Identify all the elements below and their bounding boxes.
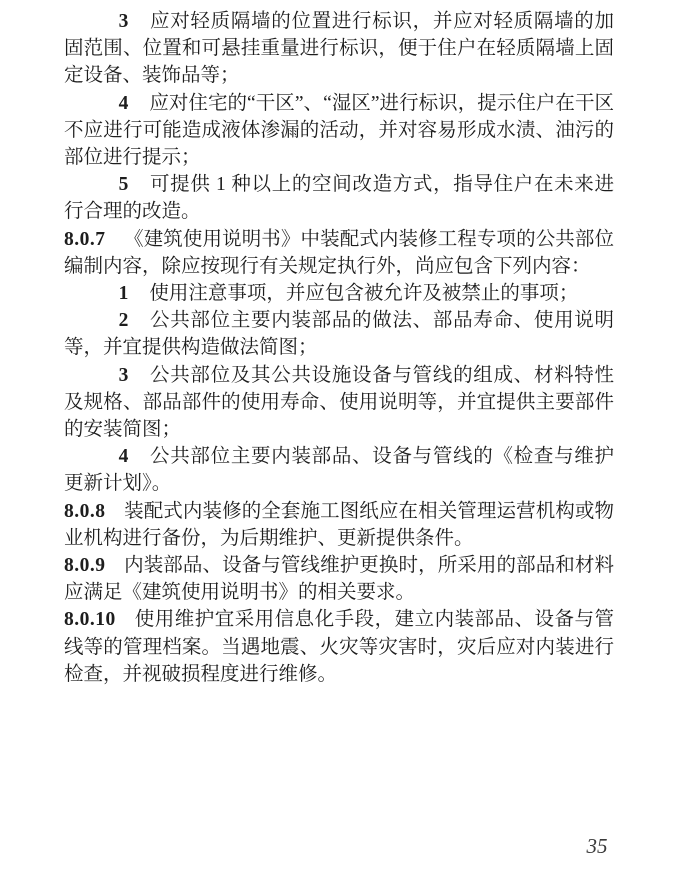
clause-text: 《建筑使用说明书》中装配式内装修工程专项的公共部位编制内容，除应按现行有关规定执… xyxy=(64,229,614,277)
clause-text: 装配式内装修的全套施工图纸应在相关管理运营机构或物业机构进行备份，为后期维护、更… xyxy=(64,501,614,549)
clause-number: 3 xyxy=(119,365,150,386)
clause-number: 5 xyxy=(119,174,150,195)
document-page: 3应对轻质隔墙的位置进行标识，并应对轻质隔墙的加固范围、位置和可悬挂重量进行标识… xyxy=(0,0,700,874)
clause-number: 3 xyxy=(119,11,150,32)
clause-text: 使用维护宜采用信息化手段，建立内装部品、设备与管线等的管理档案。当遇地震、火灾等… xyxy=(64,609,614,684)
list-item-paragraph: 5可提供 1 种以上的空间改造方式，指导住户在未来进行合理的改造。 xyxy=(64,171,614,225)
clause-number: 8.0.10 xyxy=(64,609,134,630)
list-item-paragraph: 2公共部位主要内装部品的做法、部品寿命、使用说明等，并宜提供构造做法简图； xyxy=(64,307,614,361)
text-block: 3应对轻质隔墙的位置进行标识，并应对轻质隔墙的加固范围、位置和可悬挂重量进行标识… xyxy=(64,8,614,688)
section-paragraph: 8.0.8装配式内装修的全套施工图纸应在相关管理运营机构或物业机构进行备份，为后… xyxy=(64,498,614,552)
clause-number: 8.0.8 xyxy=(64,501,124,522)
clause-text: 使用注意事项，并应包含被允许及被禁止的事项； xyxy=(149,283,578,304)
list-item-paragraph: 3应对轻质隔墙的位置进行标识，并应对轻质隔墙的加固范围、位置和可悬挂重量进行标识… xyxy=(64,8,614,90)
clause-number: 1 xyxy=(119,283,150,304)
clause-number: 4 xyxy=(119,446,150,467)
clause-number: 8.0.9 xyxy=(64,555,124,576)
list-item-paragraph: 3公共部位及其公共设施设备与管线的组成、材料特性及规格、部品部件的使用寿命、使用… xyxy=(64,362,614,444)
clause-number: 4 xyxy=(119,93,150,114)
section-paragraph: 8.0.9内装部品、设备与管线维护更换时，所采用的部品和材料应满足《建筑使用说明… xyxy=(64,552,614,606)
section-paragraph: 8.0.10使用维护宜采用信息化手段，建立内装部品、设备与管线等的管理档案。当遇… xyxy=(64,606,614,688)
page-number: 35 xyxy=(574,834,620,859)
clause-number: 8.0.7 xyxy=(64,229,124,250)
list-item-paragraph: 1使用注意事项，并应包含被允许及被禁止的事项； xyxy=(64,280,614,307)
list-item-paragraph: 4应对住宅的“干区”、“湿区”进行标识，提示住户在干区不应进行可能造成液体渗漏的… xyxy=(64,90,614,172)
list-item-paragraph: 4公共部位主要内装部品、设备与管线的《检查与维护更新计划》。 xyxy=(64,443,614,497)
section-paragraph: 8.0.7《建筑使用说明书》中装配式内装修工程专项的公共部位编制内容，除应按现行… xyxy=(64,226,614,280)
clause-number: 2 xyxy=(119,310,150,331)
clause-text: 内装部品、设备与管线维护更换时，所采用的部品和材料应满足《建筑使用说明书》的相关… xyxy=(64,555,614,603)
